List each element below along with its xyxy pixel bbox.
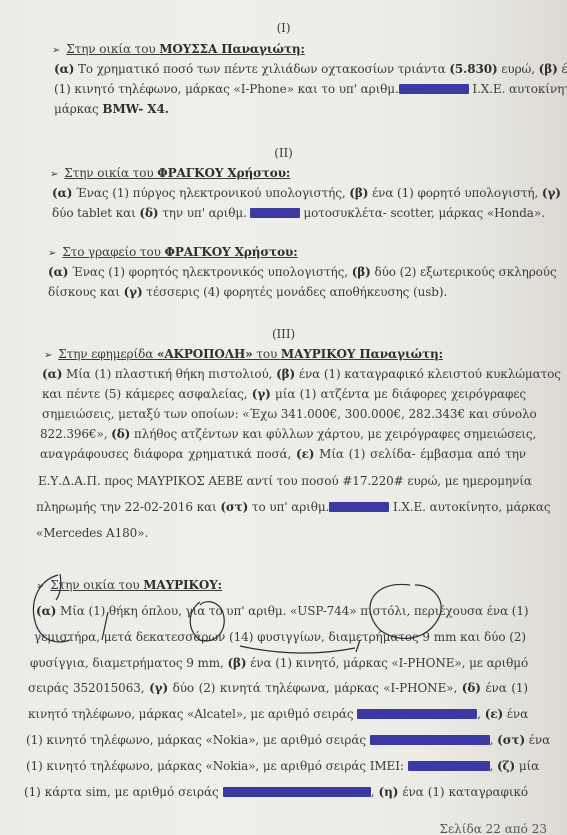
paragraph-line: (1) κάρτα sim, με αριθμό σειράς , (η) έν…: [24, 784, 528, 800]
paragraph-line: (α) Το χρηματικό ποσό των πέντε χιλιάδων…: [54, 61, 567, 77]
section-number-1: (I): [0, 20, 567, 36]
paragraph-line: (α) Ένας (1) πύργος ηλεκτρονικού υπολογι…: [52, 185, 561, 201]
paragraph-line: σημειώσεις, μεταξύ των οποίων: «Έχω 341.…: [42, 406, 526, 422]
paragraph-line: (1) κινητό τηλέφωνο, μάρκας «I-Phone» κα…: [54, 81, 567, 97]
paragraph-line: φυσίγγια, διαμετρήματος 9 mm, (β) ένα (1…: [30, 655, 528, 671]
redaction-mark: [408, 761, 490, 771]
paragraph-line: (α) Μία (1) θήκη όπλου, για το υπ' αριθμ…: [36, 603, 526, 619]
paragraph-line: δίσκους και (γ) τέσσερις (4) φορητές μον…: [48, 284, 447, 300]
bullet-arrow-icon: ➢: [50, 169, 58, 180]
redaction-mark: [357, 709, 477, 719]
paragraph-line: γεμιστήρα, μετά δεκατεσσάρων (14) φυσιγγ…: [34, 629, 526, 645]
section-heading-akropoli: ➢Στην εφημερίδα «ΑΚΡΟΠΟΛΗ» του ΜΑΥΡΙΚΟΥ …: [44, 346, 443, 364]
bullet-arrow-icon: ➢: [48, 248, 56, 259]
paragraph-line: μάρκας BMW- X4.: [54, 101, 169, 117]
paragraph-line: αναγράφουσες διάφορα χρηματικά ποσά, (ε)…: [40, 446, 526, 462]
bullet-arrow-icon: ➢: [36, 581, 44, 592]
paragraph-line: κινητό τηλέφωνο, μάρκας «Alcatel», με αρ…: [28, 706, 528, 722]
redaction-mark: [370, 735, 490, 745]
paragraph-line: και πέντε (5) κάμερες ασφαλείας, (γ) μία…: [42, 386, 526, 402]
paragraph-line: πληρωμής την 22-02-2016 και (στ) το υπ' …: [36, 499, 526, 515]
section-number-3: (III): [0, 326, 567, 342]
paragraph-line: 822.396€», (δ) πλήθος ατζέντων και φύλλω…: [40, 426, 526, 442]
document-page: (I) ➢Στην οικία του ΜΟΥΣΣΑ Παναγιώτη: (α…: [0, 0, 567, 835]
section-heading-mavrikou-home: ➢Στην οικία του ΜΑΥΡΙΚΟΥ:: [36, 577, 222, 595]
page-number: Σελίδα 22 από 23: [439, 822, 547, 835]
redaction-mark: [329, 502, 389, 512]
section-heading-fragkou-office: ➢Στο γραφείο του ΦΡΑΓΚΟΥ Χρήστου:: [48, 244, 298, 262]
bullet-arrow-icon: ➢: [44, 350, 52, 361]
paragraph-line: (1) κινητό τηλέφωνο, μάρκας «Nokia», με …: [26, 758, 528, 774]
section-number-2: (II): [0, 145, 567, 161]
paragraph-line: (1) κινητό τηλέφωνο, μάρκας «Nokia», με …: [26, 732, 528, 748]
paragraph-line: Ε.Υ.Δ.Α.Π. προς ΜΑΥΡΙΚΟΣ ΑΕΒΕ αντί του π…: [38, 473, 526, 489]
paragraph-line: «Mercedes A180».: [36, 525, 148, 541]
paragraph-line: σειράς 352015063, (γ) δύο (2) κινητά τηλ…: [28, 680, 528, 696]
section-heading-moussa: ➢Στην οικία του ΜΟΥΣΣΑ Παναγιώτη:: [52, 41, 305, 59]
redaction-mark: [223, 787, 371, 797]
paragraph-line: δύο tablet και (δ) την υπ' αριθμ. μοτοσυ…: [52, 205, 545, 221]
redaction-mark: [250, 208, 300, 218]
redaction-mark: [399, 84, 469, 94]
section-heading-fragkou-home: ➢Στην οικία του ΦΡΑΓΚΟΥ Χρήστου:: [50, 165, 290, 183]
bullet-arrow-icon: ➢: [52, 45, 60, 56]
paragraph-line: (α) Μία (1) πλαστική θήκη πιστολιού, (β)…: [42, 366, 526, 382]
paragraph-line: (α) Ένας (1) φορητός ηλεκτρονικός υπολογ…: [48, 264, 557, 280]
